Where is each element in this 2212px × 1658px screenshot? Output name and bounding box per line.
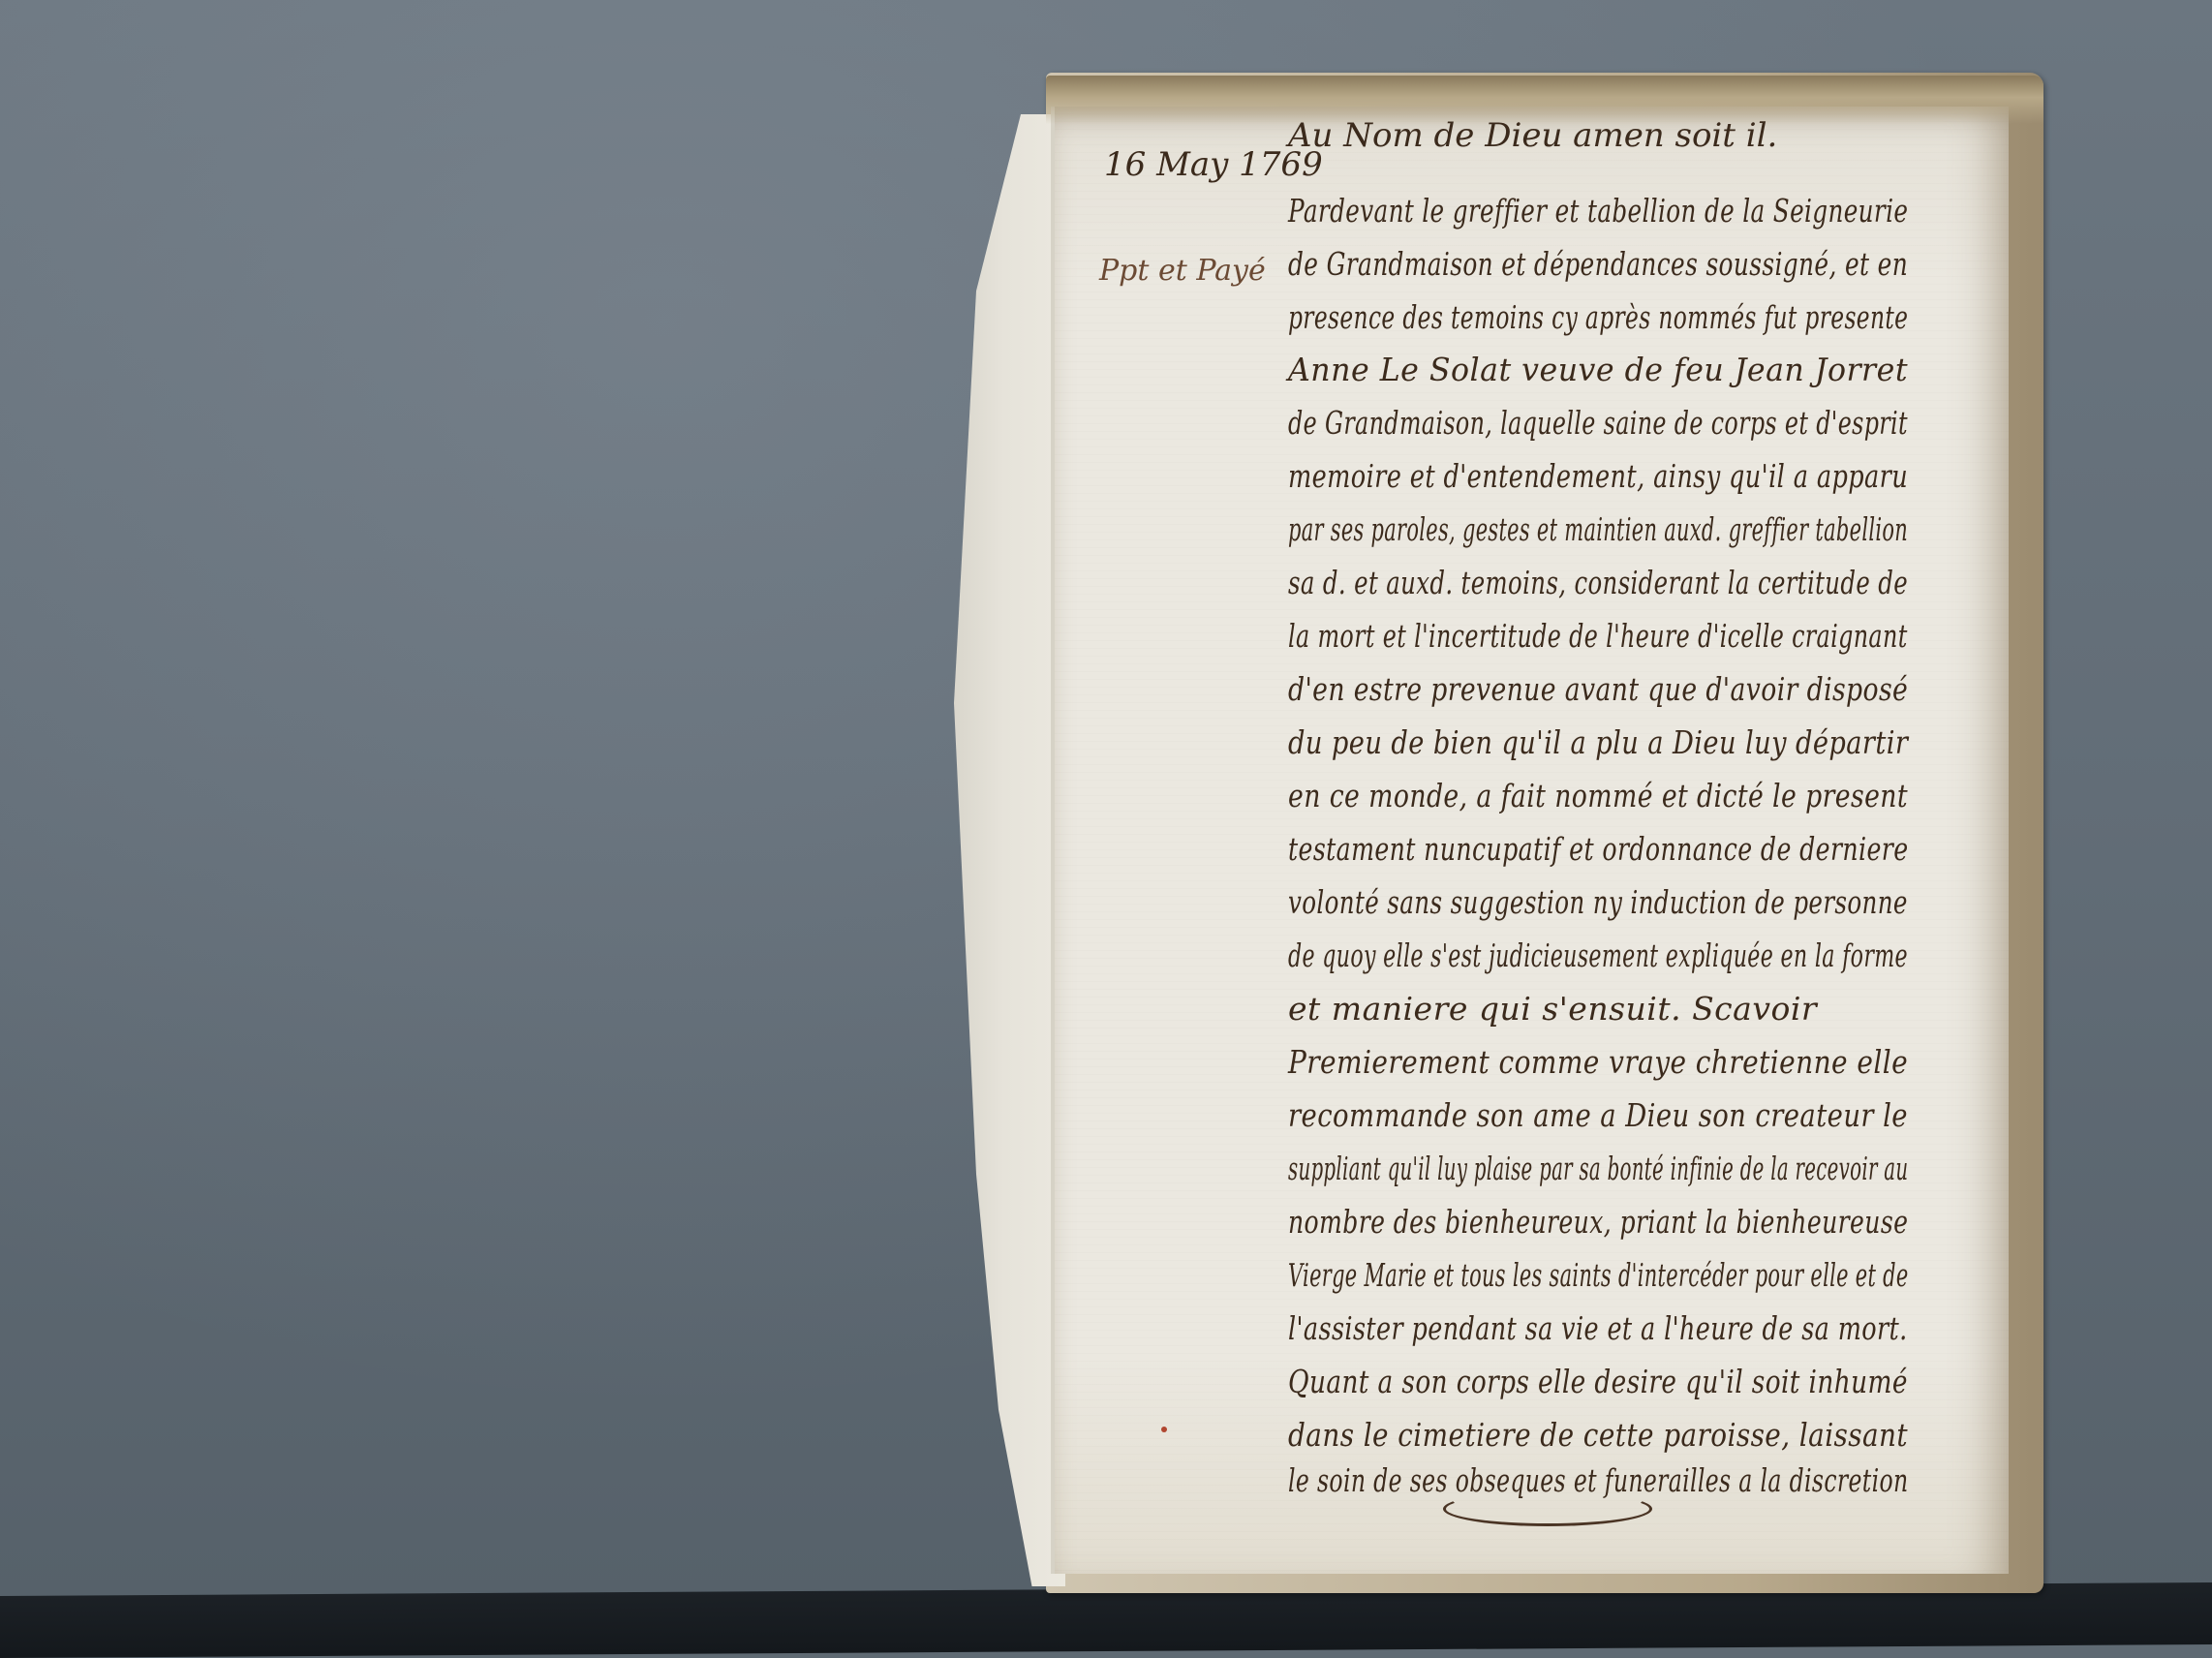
text-line: Premierement comme vraye chretienne elle xyxy=(1288,1043,1908,1081)
text-line: volonté sans suggestion ny induction de … xyxy=(1288,883,1908,921)
text-line: en ce monde, a fait nommé et dicté le pr… xyxy=(1288,777,1908,814)
text-line: recommande son ame a Dieu son createur l… xyxy=(1288,1096,1908,1134)
text-line: testament nuncupatif et ordonnance de de… xyxy=(1288,830,1909,868)
text-line: Anne Le Solat veuve de feu Jean Jorret xyxy=(1288,351,1908,388)
text-line: l'assister pendant sa vie et a l'heure d… xyxy=(1288,1309,1908,1347)
text-line: nombre des bienheureux, priant la bienhe… xyxy=(1288,1203,1908,1241)
text-line: memoire et d'entendement, ainsy qu'il a … xyxy=(1288,457,1908,495)
text-line: par ses paroles, gestes et maintien auxd… xyxy=(1288,510,1908,548)
text-line: sa d. et auxd. temoins, considerant la c… xyxy=(1288,564,1908,601)
text-line: du peu de bien qu'il a plu a Dieu luy dé… xyxy=(1288,723,1908,761)
text-line: Vierge Marie et tous les saints d'interc… xyxy=(1288,1256,1909,1294)
margin-note: Ppt et Payé xyxy=(1099,254,1266,288)
text-line: de quoy elle s'est judicieusement expliq… xyxy=(1288,936,1908,974)
text-line: Pardevant le greffier et tabellion de la… xyxy=(1288,192,1908,230)
text-line: suppliant qu'il luy plaise par sa bonté … xyxy=(1288,1150,1908,1187)
black-base-strip xyxy=(0,1582,2212,1658)
text-line: Quant a son corps elle desire qu'il soit… xyxy=(1288,1363,1908,1400)
text-line: et maniere qui s'ensuit. Scavoir xyxy=(1288,990,1817,1028)
document-heading: Au Nom de Dieu amen soit il. xyxy=(1288,116,1777,155)
text-line: de Grandmaison et dépendances soussigné,… xyxy=(1288,245,1908,283)
closing-flourish xyxy=(1443,1491,1652,1526)
text-line: dans le cimetiere de cette paroisse, lai… xyxy=(1288,1416,1908,1454)
text-line: d'en estre prevenue avant que d'avoir di… xyxy=(1288,670,1908,708)
text-line: presence des temoins cy après nommés fut… xyxy=(1288,298,1908,336)
text-line: la mort et l'incertitude de l'heure d'ic… xyxy=(1288,617,1908,655)
text-line: de Grandmaison, laquelle saine de corps … xyxy=(1288,404,1908,442)
red-ink-mark xyxy=(1161,1427,1167,1432)
